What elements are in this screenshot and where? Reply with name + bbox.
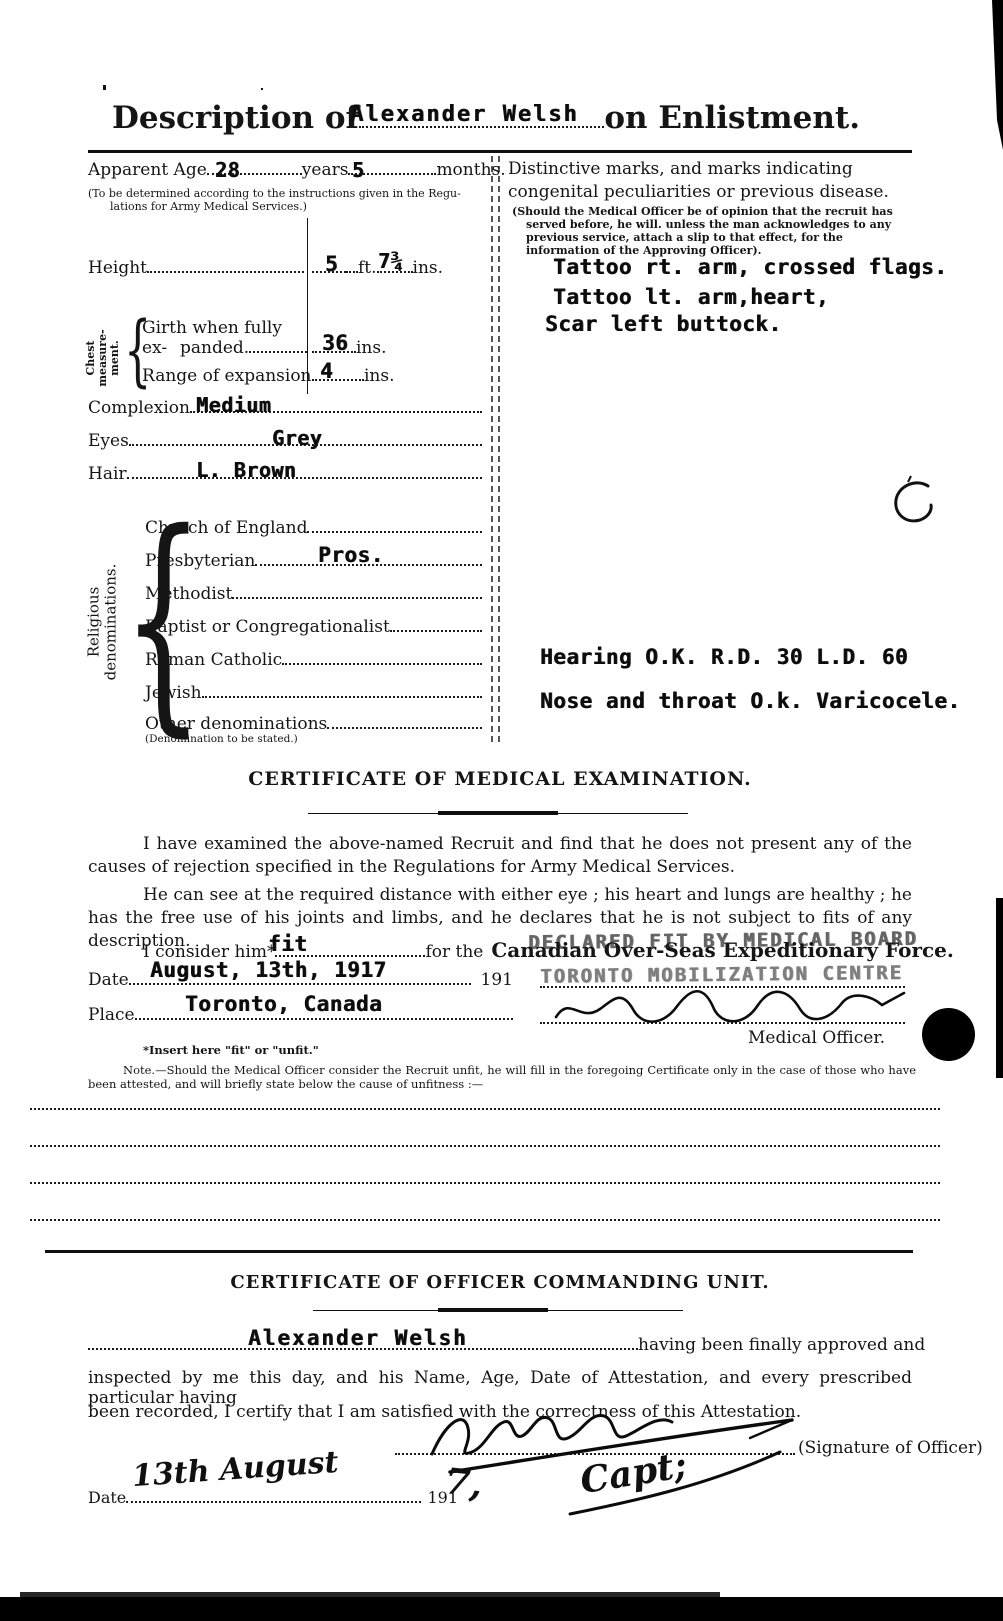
girth-row: panded.	[142, 338, 307, 358]
medical-board-stamp-line1: DECLARED FIT BY MEDICAL BOARD	[528, 928, 918, 954]
scan-bottom-band-edge	[20, 1592, 720, 1597]
eyes-label: Eyes	[88, 431, 129, 451]
med-date-label: Date	[88, 970, 129, 990]
girth-value: 36	[322, 331, 348, 355]
religion-row: Jewish	[145, 683, 482, 703]
religion-row: Roman Catholic	[145, 650, 482, 670]
med-place-value: Toronto, Canada	[185, 992, 382, 1016]
medical-cert-para1: I have examined the above-named Recruit …	[88, 833, 912, 879]
religion-row: Baptist or Congregationalist	[145, 617, 482, 637]
medical-cert-heading: CERTIFICATE OF MEDICAL EXAMINATION.	[88, 768, 912, 790]
oc-name-value: Alexander Welsh	[248, 1326, 468, 1350]
header-rule	[88, 150, 912, 153]
officer-signature-label: (Signature of Officer)	[798, 1438, 983, 1458]
medical-cert-note: Note.—Should the Medical Officer conside…	[88, 1063, 916, 1091]
med-date-value: August, 13th, 1917	[150, 958, 387, 982]
med-year-printed: 191	[471, 970, 513, 990]
range-value: 4	[320, 359, 333, 383]
apparent-age-note: (To be determined according to the instr…	[88, 187, 488, 213]
marks-line: Tattoo lt. arm,heart,	[553, 285, 829, 309]
height-ins-value: 7¾	[378, 249, 403, 273]
apparent-age-label: Apparent Age	[88, 160, 207, 180]
scan-bottom-band	[0, 1597, 1003, 1621]
consider-value: fit	[268, 932, 307, 956]
marks-line: Scar left buttock.	[545, 312, 782, 336]
distinctive-marks-note: (Should the Medical Officer be of opinio…	[512, 205, 914, 257]
months-label: months.	[436, 160, 505, 180]
nose-line: Nose and throat O.k. Varicocele.	[540, 689, 961, 713]
eyes-value: Grey	[272, 426, 322, 450]
religion-value: Pros.	[318, 543, 384, 567]
other-denominations-note: (Denomination to be stated.)	[145, 733, 298, 745]
ft-label: ft.	[358, 258, 377, 278]
blank-line	[30, 1145, 940, 1147]
hair-label: Hair	[88, 464, 127, 484]
enlistment-form-page: Description of on Enlistment. Alexander …	[0, 0, 1003, 1621]
medical-cert-divider-thick	[438, 811, 558, 815]
height-ft-value: 5	[325, 252, 338, 276]
med-place-label: Place	[88, 1005, 135, 1025]
medical-officer-signature	[552, 975, 912, 1030]
ins-label: ins.	[413, 258, 444, 278]
oc-line1-suffix: having been finally approved and	[638, 1335, 925, 1355]
hearing-line: Hearing O.K. R.D. 30 L.D. 60	[540, 645, 908, 669]
apparent-age-row: Apparent Age years months.	[88, 160, 482, 180]
years-label: years	[302, 160, 349, 180]
pen-circle-mark-icon	[888, 478, 938, 528]
title-prefix: Description of	[112, 100, 359, 136]
insert-note: *Insert here "fit" or "unfit."	[143, 1043, 319, 1057]
range-unit: ins.	[364, 366, 395, 386]
scan-edge-mid-right	[996, 898, 1003, 1078]
age-months-value: 5	[352, 158, 365, 182]
oc-section-rule	[45, 1250, 913, 1253]
complexion-row: Complexion	[88, 398, 482, 418]
scan-edge-top-right-icon	[0, 0, 1003, 160]
oc-year-handwritten: 7,	[443, 1460, 485, 1506]
height-leader	[147, 259, 304, 273]
complexion-value: Medium	[196, 393, 271, 417]
age-years-value: 28	[215, 158, 240, 182]
column-divider	[491, 156, 500, 742]
range-label: Range of expansion	[142, 366, 312, 386]
girth-unit: ins.	[356, 338, 387, 358]
religion-row: Other denominations	[145, 714, 482, 734]
religion-group-label: Religious denominations.	[86, 550, 120, 695]
for-the-label: for the	[425, 942, 483, 962]
religion-row: Methodist	[145, 584, 482, 604]
recruit-name-value: Alexander Welsh	[350, 102, 579, 127]
title-suffix: on Enlistment.	[604, 100, 860, 136]
distinctive-marks-heading: Distinctive marks, and marks indicating …	[508, 158, 908, 204]
hair-value: L. Brown	[196, 458, 296, 482]
chest-measurement-group-label: Chest measure- ment.	[85, 319, 121, 397]
blank-line	[30, 1182, 940, 1184]
girth-label-2: panded.	[142, 338, 249, 358]
oc-cert-divider-thick	[438, 1308, 548, 1312]
oc-date-label: Date	[88, 1488, 126, 1507]
oc-name-row: having been finally approved and	[88, 1335, 912, 1355]
complexion-label: Complexion	[88, 398, 190, 418]
blank-line	[30, 1219, 940, 1221]
hole-punch-mark	[922, 1008, 975, 1061]
religion-row: Presbyterian	[145, 551, 482, 571]
marks-line: Tattoo rt. arm, crossed flags.	[553, 255, 947, 279]
height-label: Height	[88, 258, 147, 278]
height-row: Height	[88, 258, 304, 278]
religion-row: Church of England	[145, 518, 482, 538]
blank-line	[30, 1108, 940, 1110]
oc-date-handwritten: 13th August	[131, 1445, 339, 1494]
medical-officer-label: Medical Officer.	[748, 1028, 885, 1048]
oc-cert-heading: CERTIFICATE OF OFFICER COMMANDING UNIT.	[88, 1272, 912, 1293]
range-row: Range of expansion	[142, 366, 307, 386]
